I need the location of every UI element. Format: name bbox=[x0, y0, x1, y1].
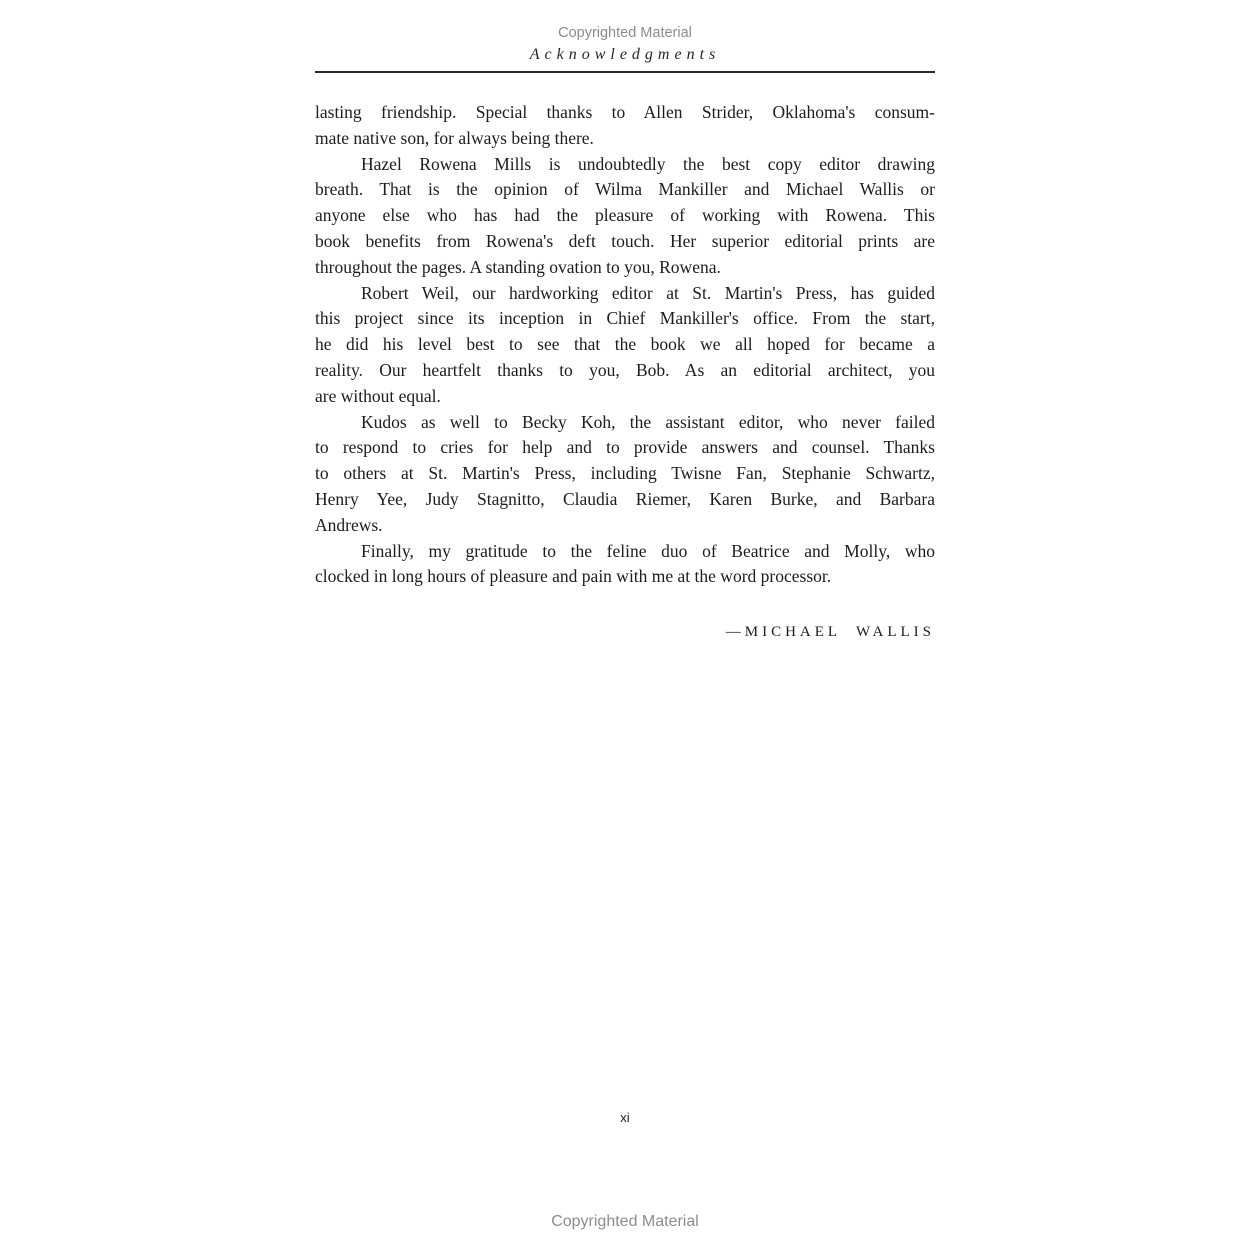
text-line: he did his level best to see that the bo… bbox=[315, 332, 935, 358]
text-line: Hazel Rowena Mills is undoubtedly the be… bbox=[315, 152, 935, 178]
running-head-title: Acknowledgments bbox=[0, 46, 1250, 64]
paragraph: Hazel Rowena Mills is undoubtedly the be… bbox=[315, 152, 935, 281]
text-line: anyone else who has had the pleasure of … bbox=[315, 203, 935, 229]
copyright-watermark-top: Copyrighted Material bbox=[0, 25, 1250, 41]
text-line: this project since its inception in Chie… bbox=[315, 306, 935, 332]
text-line: reality. Our heartfelt thanks to you, Bo… bbox=[315, 358, 935, 384]
text-line: Finally, my gratitude to the feline duo … bbox=[315, 539, 935, 565]
text-line: to others at St. Martin's Press, includi… bbox=[315, 461, 935, 487]
text-line: mate native son, for always being there. bbox=[315, 126, 935, 152]
text-line: clocked in long hours of pleasure and pa… bbox=[315, 564, 935, 590]
page-number: xi bbox=[0, 1110, 1250, 1125]
paragraph: Finally, my gratitude to the feline duo … bbox=[315, 539, 935, 591]
acknowledgments-text: lasting friendship. Special thanks to Al… bbox=[315, 100, 935, 590]
paragraph: lasting friendship. Special thanks to Al… bbox=[315, 100, 935, 152]
book-page: Copyrighted Material Acknowledgments las… bbox=[0, 0, 1250, 1250]
text-line: Andrews. bbox=[315, 513, 935, 539]
paragraph: Kudos as well to Becky Koh, the assistan… bbox=[315, 410, 935, 539]
text-line: are without equal. bbox=[315, 384, 935, 410]
text-line: Henry Yee, Judy Stagnitto, Claudia Rieme… bbox=[315, 487, 935, 513]
author-signature: —MICHAEL WALLIS bbox=[315, 624, 935, 641]
copyright-watermark-bottom: Copyrighted Material bbox=[0, 1213, 1250, 1231]
text-line: breath. That is the opinion of Wilma Man… bbox=[315, 177, 935, 203]
text-line: lasting friendship. Special thanks to Al… bbox=[315, 100, 935, 126]
header-rule bbox=[315, 71, 935, 73]
text-line: Robert Weil, our hardworking editor at S… bbox=[315, 281, 935, 307]
text-line: book benefits from Rowena's deft touch. … bbox=[315, 229, 935, 255]
text-line: Kudos as well to Becky Koh, the assistan… bbox=[315, 410, 935, 436]
text-line: to respond to cries for help and to prov… bbox=[315, 435, 935, 461]
text-line: throughout the pages. A standing ovation… bbox=[315, 255, 935, 281]
paragraph: Robert Weil, our hardworking editor at S… bbox=[315, 281, 935, 410]
